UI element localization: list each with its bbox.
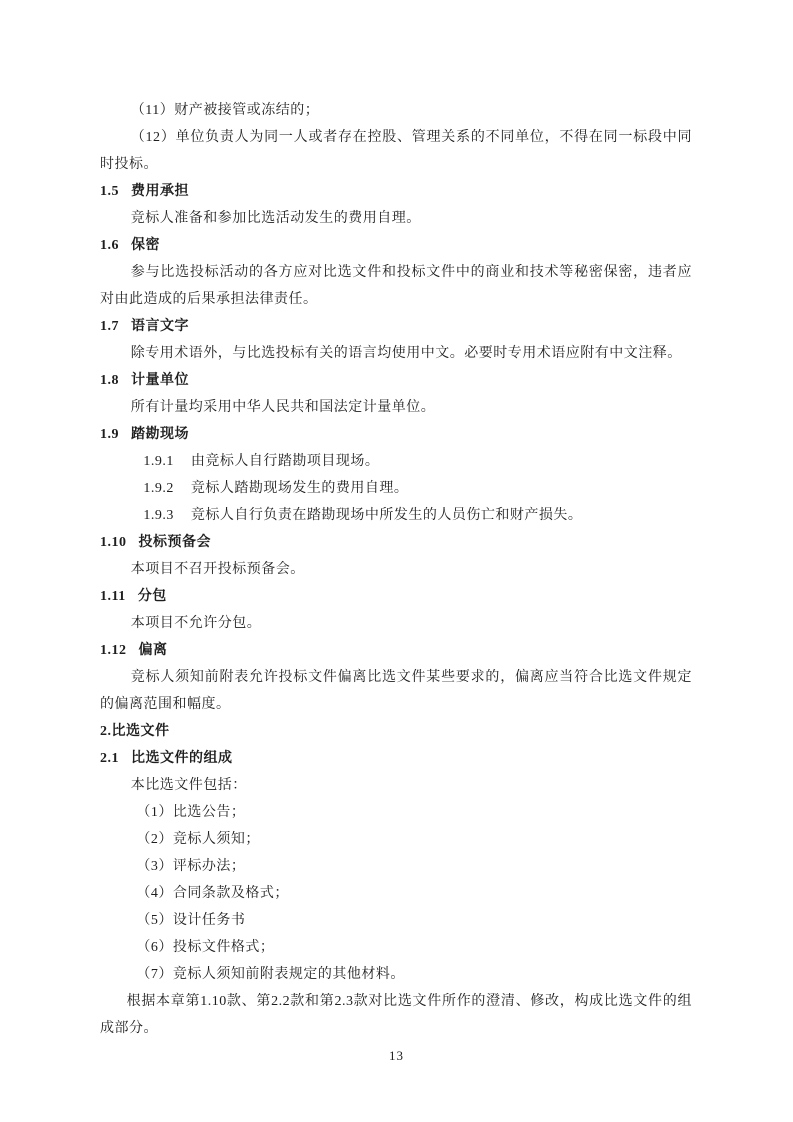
sub-clause-text-1-9-1: 由竞标人自行踏勘项目现场。 — [191, 454, 380, 469]
clause-item-11: （11）财产被接管或冻结的； — [100, 97, 692, 124]
section-body-1-10: 本项目不召开投标预备会。 — [100, 556, 692, 583]
section-title-1-5: 费用承担 — [131, 184, 189, 199]
section-number-1-11: 1.11 — [100, 589, 126, 604]
document-list-item-3: （3）评标办法； — [100, 853, 692, 880]
section-number-1-9: 1.9 — [100, 427, 119, 442]
section-heading-1-7: 1.7语言文字 — [100, 313, 692, 340]
sub-clause-number-1-9-3: 1.9.3 — [143, 508, 174, 523]
section-number-1-8: 1.8 — [100, 373, 119, 388]
section-title-1-8: 计量单位 — [131, 373, 189, 388]
clause-item-12: （12）单位负责人为同一人或者存在控股、管理关系的不同单位，不得在同一标段中同时… — [100, 124, 692, 178]
section-heading-1-10: 1.10投标预备会 — [100, 529, 692, 556]
chapter-title-2: 比选文件 — [112, 724, 170, 739]
sub-clause-number-1-9-1: 1.9.1 — [143, 454, 174, 469]
sub-clause-text-1-9-2: 竞标人踏勘现场发生的费用自理。 — [191, 481, 409, 496]
document-list-item-7: （7）竞标人须知前附表规定的其他材料。 — [100, 961, 692, 988]
section-title-1-9: 踏勘现场 — [131, 427, 189, 442]
section-heading-1-5: 1.5费用承担 — [100, 178, 692, 205]
sub-clause-1-9-1: 1.9.1由竞标人自行踏勘项目现场。 — [100, 448, 692, 475]
page-number: 13 — [0, 1048, 793, 1064]
section-number-1-7: 1.7 — [100, 319, 119, 334]
chapter-heading-2: 2.比选文件 — [100, 718, 692, 745]
chapter-number-2: 2. — [100, 724, 112, 739]
section-heading-1-6: 1.6保密 — [100, 232, 692, 259]
section-title-1-12: 偏离 — [139, 643, 168, 658]
section-body-1-7: 除专用术语外，与比选投标有关的语言均使用中文。必要时专用术语应附有中文注释。 — [100, 340, 692, 367]
section-title-1-11: 分包 — [138, 589, 167, 604]
sub-clause-1-9-3: 1.9.3竞标人自行负责在踏勘现场中所发生的人员伤亡和财产损失。 — [100, 502, 692, 529]
section-number-1-10: 1.10 — [100, 535, 127, 550]
section-body-1-5: 竞标人准备和参加比选活动发生的费用自理。 — [100, 205, 692, 232]
sub-clause-1-9-2: 1.9.2竞标人踏勘现场发生的费用自理。 — [100, 475, 692, 502]
section-body-1-11: 本项目不允许分包。 — [100, 610, 692, 637]
section-body-1-12: 竞标人须知前附表允许投标文件偏离比选文件某些要求的，偏离应当符合比选文件规定的偏… — [100, 664, 692, 718]
section-heading-1-12: 1.12偏离 — [100, 637, 692, 664]
section-title-1-10: 投标预备会 — [139, 535, 212, 550]
section-number-2-1: 2.1 — [100, 751, 119, 766]
section-number-1-6: 1.6 — [100, 238, 119, 253]
section-intro-2-1: 本比选文件包括： — [100, 772, 692, 799]
section-closing-2-1: 根据本章第1.10款、第2.2款和第2.3款对比选文件所作的澄清、修改，构成比选… — [100, 988, 692, 1042]
section-heading-1-11: 1.11分包 — [100, 583, 692, 610]
sub-clause-number-1-9-2: 1.9.2 — [143, 481, 174, 496]
section-body-1-6: 参与比选投标活动的各方应对比选文件和投标文件中的商业和技术等秘密保密，违者应对由… — [100, 259, 692, 313]
section-title-1-7: 语言文字 — [131, 319, 189, 334]
document-page: （11）财产被接管或冻结的； （12）单位负责人为同一人或者存在控股、管理关系的… — [0, 0, 793, 1122]
section-heading-1-8: 1.8计量单位 — [100, 367, 692, 394]
section-number-1-12: 1.12 — [100, 643, 127, 658]
document-list-item-2: （2）竞标人须知； — [100, 826, 692, 853]
section-number-1-5: 1.5 — [100, 184, 119, 199]
section-body-1-8: 所有计量均采用中华人民共和国法定计量单位。 — [100, 394, 692, 421]
document-list-item-5: （5）设计任务书 — [100, 907, 692, 934]
page-content: （11）财产被接管或冻结的； （12）单位负责人为同一人或者存在控股、管理关系的… — [100, 97, 692, 1042]
section-title-2-1: 比选文件的组成 — [131, 751, 233, 766]
document-list-item-4: （4）合同条款及格式； — [100, 880, 692, 907]
section-heading-1-9: 1.9踏勘现场 — [100, 421, 692, 448]
section-heading-2-1: 2.1比选文件的组成 — [100, 745, 692, 772]
document-list-item-1: （1）比选公告； — [100, 799, 692, 826]
sub-clause-text-1-9-3: 竞标人自行负责在踏勘现场中所发生的人员伤亡和财产损失。 — [191, 508, 583, 523]
document-list-item-6: （6）投标文件格式； — [100, 934, 692, 961]
section-title-1-6: 保密 — [131, 238, 160, 253]
